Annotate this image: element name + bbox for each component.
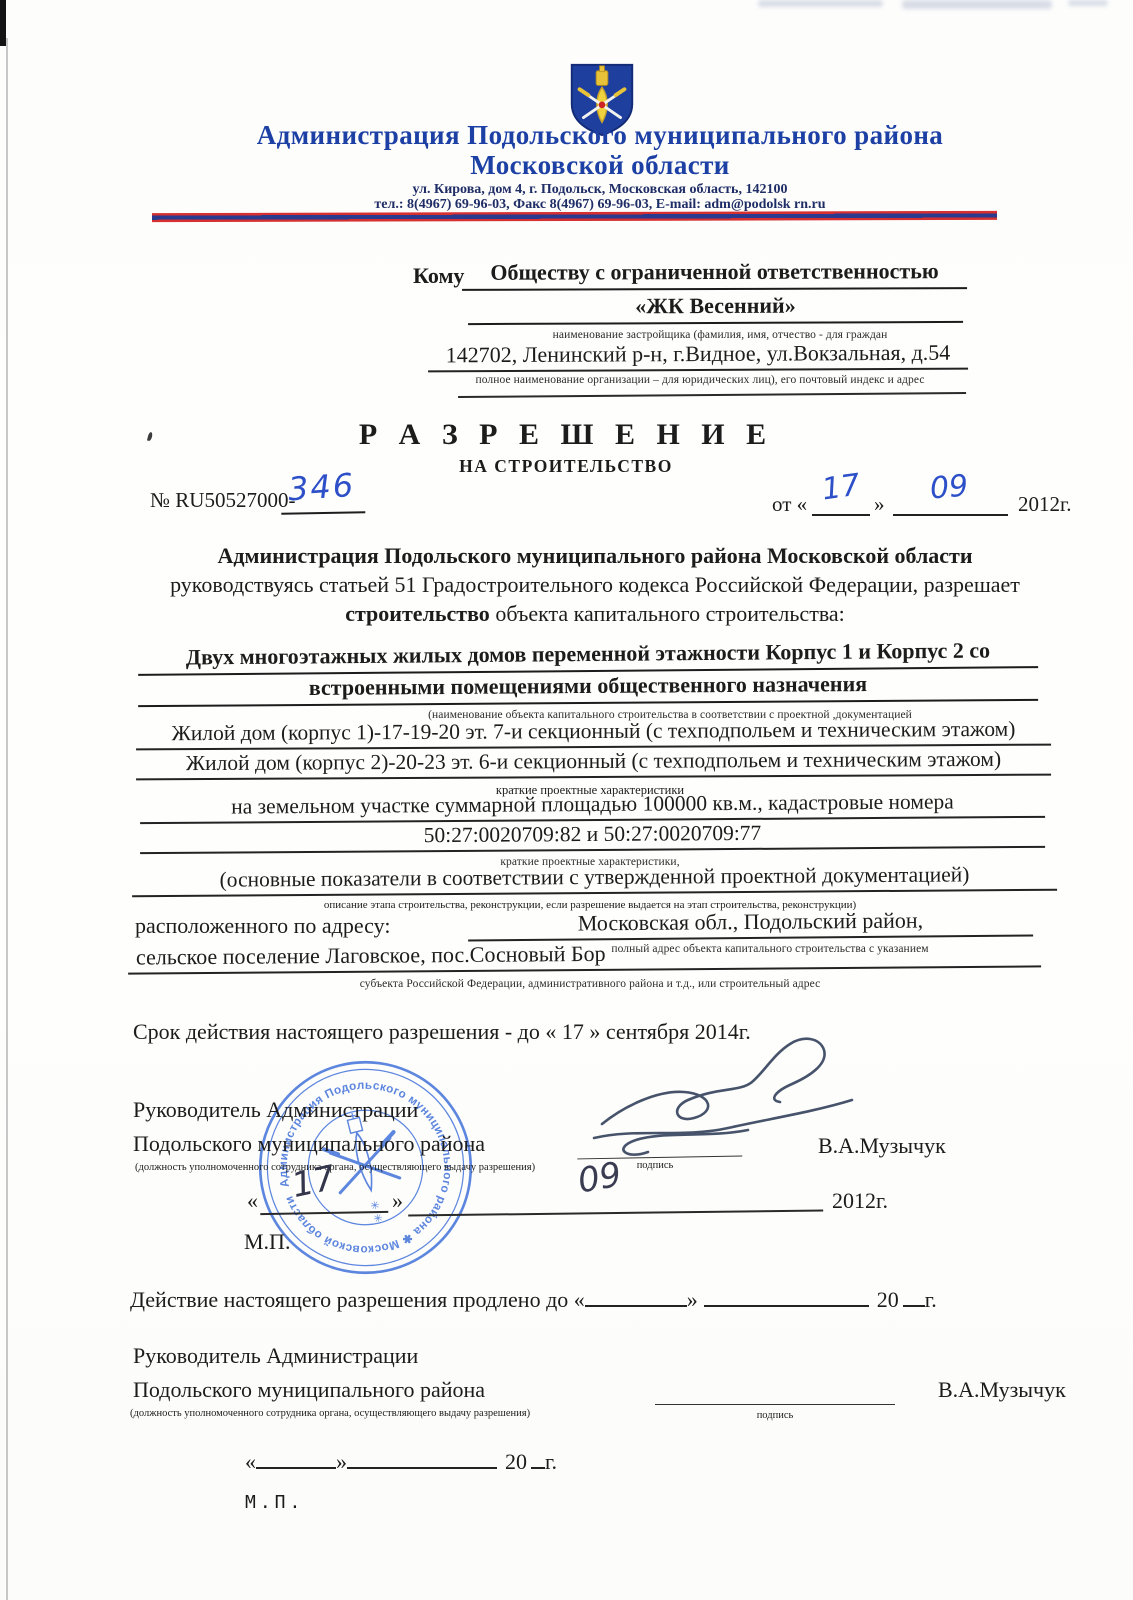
sign2-quote-close: » bbox=[336, 1448, 347, 1476]
location-caption2: субъекта Российской Федерации, администр… bbox=[150, 978, 1030, 990]
document-title: Р А З Р Е Ш Е Н И Е bbox=[166, 418, 966, 452]
sign2-year-prefix: 20 bbox=[505, 1448, 527, 1476]
ink-dot-artifact bbox=[147, 432, 153, 442]
recipient-empty-line bbox=[458, 374, 966, 398]
extension-line: Действие настоящего разрешения продлено … bbox=[130, 1283, 937, 1314]
sign2-role-line1: Руководитель Администрации bbox=[133, 1342, 418, 1370]
recipient-company-line2: «ЖК Весенний» bbox=[468, 291, 963, 325]
scan-smudge bbox=[1068, 0, 1108, 6]
sign2-underline bbox=[655, 1378, 895, 1405]
extension-year-underline bbox=[903, 1283, 925, 1307]
sign1-role-line1: Руководитель Администрации bbox=[133, 1096, 418, 1124]
object-land-line1: на земельном участке суммарной площадью … bbox=[140, 789, 1045, 824]
sign2-caption: подпись bbox=[720, 1410, 830, 1421]
sign1-quote-open: « bbox=[247, 1187, 258, 1215]
action-word-bold: строительство bbox=[345, 601, 490, 626]
sign1-quote-close: » bbox=[392, 1187, 403, 1215]
date-month-handwritten: 09 bbox=[929, 468, 970, 506]
date-from-label: от « bbox=[772, 492, 807, 517]
recipient-to-label: Кому bbox=[413, 262, 464, 290]
object-land-line2: 50:27:0020709:82 и 50:27:0020709:77 bbox=[140, 819, 1045, 854]
org-name-line2: Московской области bbox=[100, 150, 1100, 181]
recipient-company-line1: Обществу с ограниченной ответственностью bbox=[462, 257, 967, 290]
date-year: 2012г. bbox=[1018, 492, 1072, 517]
sign2-month-underline bbox=[347, 1445, 497, 1469]
extension-year-suffix: г. bbox=[925, 1286, 937, 1314]
extension-month-underline bbox=[704, 1283, 869, 1307]
scan-edge-line bbox=[6, 38, 8, 1600]
document-page: Администрация Подольского муниципального… bbox=[0, 0, 1133, 1600]
object-indicators-line: (основные показатели в соответствии с ут… bbox=[132, 862, 1057, 897]
sign1-year: 2012г. bbox=[832, 1187, 888, 1215]
object-spec-line2: Жилой дом (корпус 2)-20-23 эт. 6-и секци… bbox=[136, 747, 1051, 781]
extension-text: Действие настоящего разрешения продлено … bbox=[130, 1286, 585, 1314]
permit-number-prefix: № RU50527000- bbox=[150, 488, 295, 513]
extension-year-prefix: 20 bbox=[877, 1286, 899, 1314]
sign1-month-handwritten: 09 bbox=[575, 1155, 625, 1202]
location-line1: Московская обл., Подольский район, bbox=[468, 906, 1033, 941]
recipient-address: 142702, Ленинский р-н, г.Видное, ул.Вокз… bbox=[428, 339, 968, 372]
sign2-year-suffix: г. bbox=[545, 1448, 557, 1476]
sign2-seal-label: М.П. bbox=[245, 1492, 304, 1513]
sign2-date-line: « » 20 г. bbox=[245, 1445, 557, 1476]
permit-number-handwritten: 346 bbox=[287, 466, 357, 509]
object-name-line2: встроенными помещениями общественного на… bbox=[138, 669, 1038, 707]
sign2-quote-open: « bbox=[245, 1448, 256, 1476]
sign1-name: В.А.Музычук bbox=[818, 1132, 946, 1160]
date-day-handwritten: 17 bbox=[820, 468, 863, 508]
action-rest: объекта капитального строительства: bbox=[490, 601, 845, 626]
action-line: строительство объекта капитального строи… bbox=[80, 600, 1110, 628]
sign1-seal-label: М.П. bbox=[244, 1228, 290, 1256]
sign2-day-underline bbox=[256, 1445, 336, 1469]
sign2-year-underline bbox=[531, 1445, 545, 1469]
object-spec-line1: Жилой дом (корпус 1)-17-19-20 эт. 7-и се… bbox=[136, 717, 1051, 751]
sign1-underline bbox=[577, 1126, 743, 1160]
stamp-asterisk: ✳ bbox=[372, 1212, 384, 1226]
sign2-name: В.А.Музычук bbox=[938, 1376, 1066, 1404]
scan-smudge bbox=[758, 0, 883, 7]
sign1-role-line2: Подольского муниципального района bbox=[133, 1130, 485, 1158]
sign2-role-caption: (должность уполномоченного сотрудника ор… bbox=[130, 1408, 670, 1419]
scan-smudge bbox=[902, 0, 1052, 9]
extension-day-underline bbox=[585, 1283, 687, 1307]
extension-quote-close: » bbox=[687, 1286, 698, 1314]
org-name-line1: Администрация Подольского муниципального… bbox=[100, 120, 1100, 151]
location-line2: сельское поселение Лаговское, пос.Соснов… bbox=[128, 936, 1041, 974]
org-address: ул. Кирова, дом 4, г. Подольск, Московск… bbox=[100, 182, 1100, 198]
basis-line: руководствуясь статьей 51 Градостроитель… bbox=[80, 571, 1110, 599]
authority-line: Администрация Подольского муниципального… bbox=[80, 542, 1110, 570]
date-quote-close: » bbox=[874, 492, 885, 517]
tricolor-divider bbox=[152, 211, 997, 222]
sign2-role-line2: Подольского муниципального района bbox=[133, 1376, 485, 1404]
location-label: расположенного по адресу: bbox=[135, 912, 390, 940]
